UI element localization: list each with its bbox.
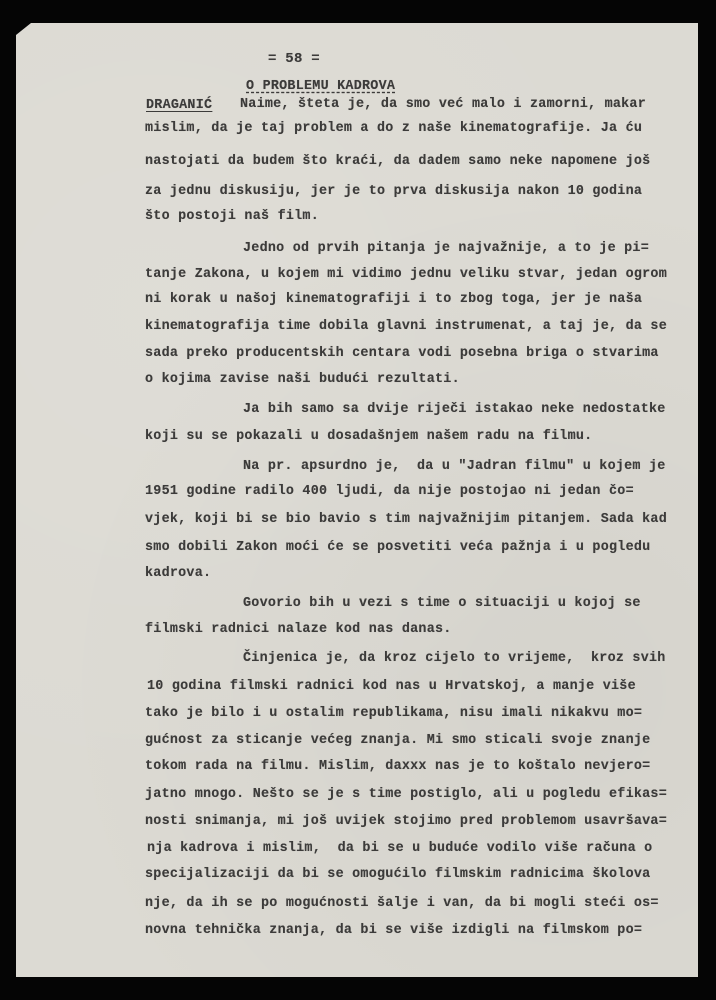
- text-line: nastojati da budem što kraći, da dadem s…: [145, 154, 650, 169]
- scan-frame: = 58 = O PROBLEMU KADROVA DRAGANIĆ Naime…: [0, 0, 716, 1000]
- text-line: kinematografija time dobila glavni instr…: [145, 319, 667, 334]
- text-line: za jednu diskusiju, jer je to prva disku…: [145, 184, 642, 199]
- text-line: 1951 godine radilo 400 ljudi, da nije po…: [145, 484, 634, 499]
- text-line: specijalizaciji da bi se omogućilo films…: [145, 867, 650, 882]
- text-line: mislim, da je taj problem a do z naše ki…: [145, 121, 642, 136]
- document-title: O PROBLEMU KADROVA: [246, 79, 395, 94]
- text-line: tanje Zakona, u kojem mi vidimo jednu ve…: [145, 267, 667, 282]
- text-line: nje, da ih se po mogućnosti šalje i van,…: [145, 896, 659, 911]
- text-line: ni korak u našoj kinematografiji i to zb…: [145, 292, 642, 307]
- speaker-name: DRAGANIĆ: [146, 98, 212, 113]
- text-line: nosti snimanja, mi još uvijek stojimo pr…: [145, 814, 667, 829]
- text-line: što postoji naš film.: [145, 209, 319, 224]
- text-line: Jedno od prvih pitanja je najvažnije, a …: [243, 241, 649, 256]
- text-line: Naime, šteta je, da smo već malo i zamor…: [240, 97, 646, 112]
- text-line: Na pr. apsurdno je, da u "Jadran filmu" …: [243, 459, 666, 474]
- page-number: = 58 =: [268, 51, 320, 67]
- text-line: jatno mnogo. Nešto se je s time postiglo…: [145, 787, 667, 802]
- text-line: o kojima zavise naši budući rezultati.: [145, 372, 460, 387]
- text-line: tako je bilo i u ostalim republikama, ni…: [145, 706, 642, 721]
- text-line: Ja bih samo sa dvije riječi istakao neke…: [243, 402, 666, 417]
- text-line: Govorio bih u vezi s time o situaciji u …: [243, 596, 641, 611]
- text-line: filmski radnici nalaze kod nas danas.: [145, 622, 452, 637]
- text-line: kadrova.: [145, 566, 211, 581]
- text-line: gućnost za sticanje većeg znanja. Mi smo…: [145, 733, 650, 748]
- text-line: koji su se pokazali u dosadašnjem našem …: [145, 429, 592, 444]
- text-line: vjek, koji bi se bio bavio s tim najvažn…: [145, 512, 667, 527]
- text-line: tokom rada na filmu. Mislim, daxxx nas j…: [145, 759, 650, 774]
- text-line: nja kadrova i mislim, da bi se u buduće …: [147, 841, 652, 856]
- text-line: sada preko producentskih centara vodi po…: [145, 346, 659, 361]
- text-line: 10 godina filmski radnici kod nas u Hrva…: [147, 679, 636, 694]
- text-line: novna tehnička znanja, da bi se više izd…: [145, 923, 642, 938]
- text-line: Činjenica je, da kroz cijelo to vrijeme,…: [243, 651, 666, 666]
- text-line: smo dobili Zakon moći će se posvetiti ve…: [145, 540, 650, 555]
